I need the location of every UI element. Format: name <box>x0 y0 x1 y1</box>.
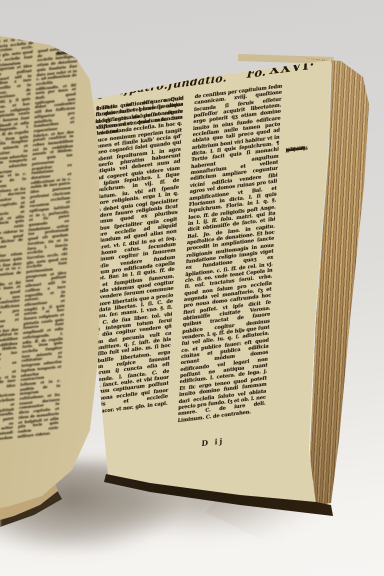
signature-mark: D ij <box>201 437 224 448</box>
folio-label: Fo. <box>246 65 266 81</box>
column-2-paragraph: de cenſibus per capitulum ſedm canonicam… <box>177 83 282 424</box>
left-margin-note: ortodoxis An.in l. ſi.C.de ſacroſan. ecc… <box>57 48 85 51</box>
left-page-content: ars.Cã.ij.acquirendi tis et in foro. l. … <box>0 17 97 507</box>
left-text-block: tis et in foro. l. ſancta eccleſia de ſa… <box>0 30 88 499</box>
book-photo: Juriſpatro.fundatio. Fo. XXVI· Quinto ra… <box>0 0 384 576</box>
margin-note-right: Vēdere quocūqʒ p funda tiōe vel amplia- … <box>286 144 322 148</box>
margin-note-line: naſterij. <box>286 146 307 154</box>
left-running-header: ars.Cã.ij.acquirendi <box>0 18 91 37</box>
text-column-2: de cenſibus per capitulum ſedm canonicam… <box>177 83 282 434</box>
